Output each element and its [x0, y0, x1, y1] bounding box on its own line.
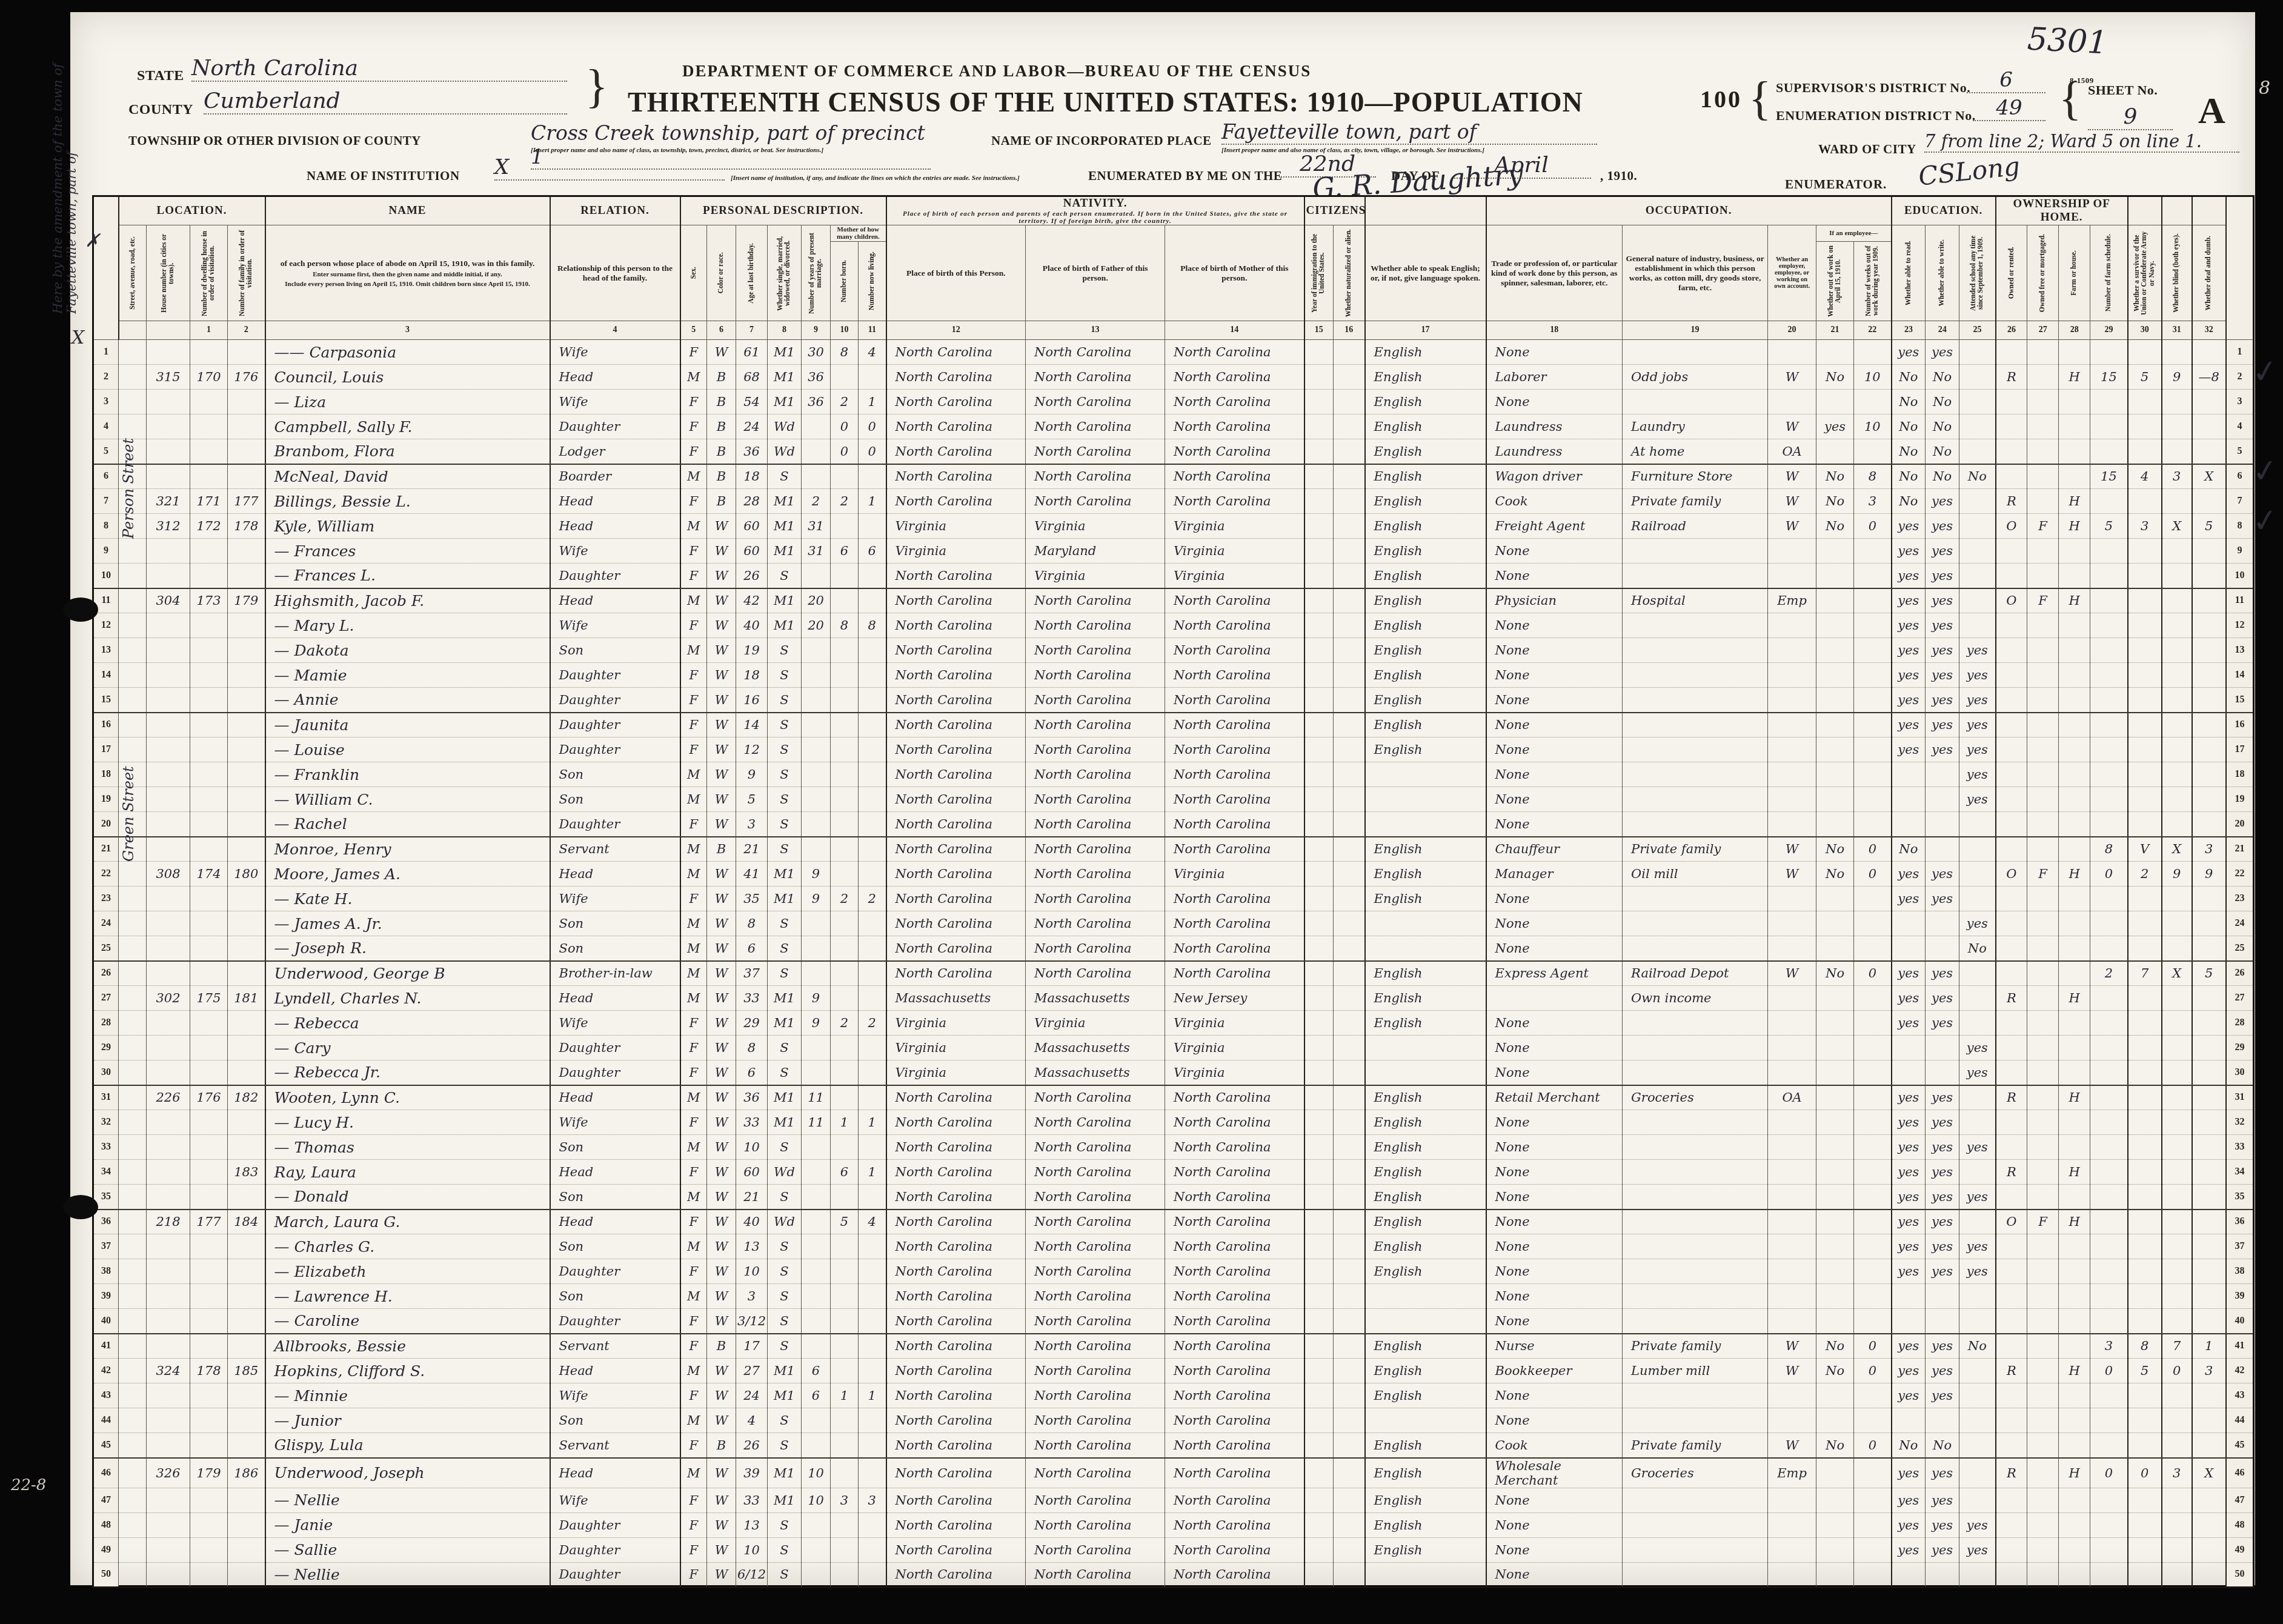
- cell-df: [2192, 1160, 2226, 1185]
- cell-bp: North Carolina: [886, 1334, 1026, 1359]
- cell-mar: S: [768, 1562, 802, 1587]
- cell-rln: 44: [2226, 1408, 2254, 1433]
- cell-rd: No: [1892, 439, 1926, 464]
- cell-sex: F: [680, 1011, 707, 1036]
- cell-sched: [2090, 340, 2128, 365]
- cell-df: [2192, 1488, 2226, 1513]
- cell-own: [1996, 887, 2027, 911]
- cell-trade: None: [1486, 340, 1623, 365]
- cell-color: B: [707, 1334, 736, 1359]
- cell-cl: [859, 514, 886, 539]
- cell-bpm: North Carolina: [1165, 1309, 1304, 1334]
- cell-age: 61: [736, 340, 768, 365]
- cell-name: — Frances L.: [265, 564, 550, 588]
- cell-rln: 29: [2226, 1036, 2254, 1060]
- column-header-wk: Number of weeks out of work during year …: [1854, 242, 1892, 321]
- census-row: 43— MinnieWifeFW24M1611North CarolinaNor…: [93, 1383, 2254, 1408]
- cell-eng: English: [1365, 638, 1486, 663]
- cell-vet: [2128, 787, 2162, 812]
- cell-color: W: [707, 862, 736, 887]
- cell-bp: North Carolina: [886, 911, 1026, 936]
- cell-imm: [1304, 1284, 1334, 1309]
- cell-sched: [2090, 1259, 2128, 1284]
- cell-wk: [1854, 1383, 1892, 1408]
- cell-fm: [2027, 1433, 2059, 1458]
- census-row: 6McNeal, DavidBoarderMB18SNorth Carolina…: [93, 464, 2254, 489]
- cell-house: [147, 390, 190, 414]
- cell-cb: [831, 1562, 859, 1587]
- cell-bpf: North Carolina: [1026, 1458, 1165, 1488]
- cell-cb: 3: [831, 1488, 859, 1513]
- cell-fam: 182: [228, 1085, 265, 1110]
- cell-cb: 8: [831, 613, 859, 638]
- department-line: DEPARTMENT OF COMMERCE AND LABOR—BUREAU …: [682, 62, 1311, 81]
- cell-age: 60: [736, 514, 768, 539]
- cell-emp: [1768, 762, 1816, 787]
- cell-rln: 18: [2226, 762, 2254, 787]
- cell-bl: [2162, 1383, 2192, 1408]
- cell-imm: [1304, 986, 1334, 1011]
- cell-fam: [228, 1408, 265, 1433]
- cell-bl: [2162, 539, 2192, 564]
- cell-bl: [2162, 1060, 2192, 1085]
- cell-wk: 0: [1854, 1433, 1892, 1458]
- cell-fh: H: [2059, 1210, 2090, 1234]
- cell-fm: [2027, 936, 2059, 961]
- cell-emp: W: [1768, 1433, 1816, 1458]
- census-row: 28— RebeccaWifeFW29M1922VirginiaVirginia…: [93, 1011, 2254, 1036]
- cell-ln: 6: [93, 464, 119, 489]
- cell-rd: yes: [1892, 713, 1926, 737]
- cell-fm: [2027, 1408, 2059, 1433]
- cell-yrs: [802, 787, 831, 812]
- column-header-bp: Place of birth of this Person.: [886, 225, 1026, 321]
- cell-sch: yes: [1959, 1135, 1996, 1160]
- cell-ln: 28: [93, 1011, 119, 1036]
- cell-own: [1996, 1234, 2027, 1259]
- cell-own: [1996, 1110, 2027, 1135]
- cell-wk: [1854, 390, 1892, 414]
- cell-ind: Lumber mill: [1623, 1359, 1768, 1383]
- census-row: 30— Rebecca Jr.DaughterFW6SVirginiaMassa…: [93, 1060, 2254, 1085]
- cell-bpm: Virginia: [1165, 1011, 1304, 1036]
- cell-own: [1996, 1259, 2027, 1284]
- cell-rln: 23: [2226, 887, 2254, 911]
- cell-bp: North Carolina: [886, 564, 1026, 588]
- cell-fh: [2059, 812, 2090, 837]
- cell-nat: [1334, 464, 1365, 489]
- cell-age: 5: [736, 787, 768, 812]
- cell-yrs: 6: [802, 1383, 831, 1408]
- cell-emp: [1768, 1185, 1816, 1210]
- cell-age: 41: [736, 862, 768, 887]
- cell-emp: [1768, 1259, 1816, 1284]
- cell-bl: [2162, 911, 2192, 936]
- cell-rel: Son: [550, 911, 680, 936]
- cell-bp: North Carolina: [886, 1210, 1026, 1234]
- cell-imm: [1304, 489, 1334, 514]
- cell-color: W: [707, 713, 736, 737]
- cell-fh: [2059, 737, 2090, 762]
- cell-mar: S: [768, 762, 802, 787]
- cell-wk: [1854, 1060, 1892, 1085]
- cell-nat: [1334, 1537, 1365, 1562]
- cell-street: [119, 1359, 147, 1383]
- cell-cl: 1: [859, 1383, 886, 1408]
- cell-sched: [2090, 1185, 2128, 1210]
- cell-imm: [1304, 812, 1334, 837]
- cell-dwell: [190, 539, 228, 564]
- cell-bpf: North Carolina: [1026, 663, 1165, 688]
- cell-wr: yes: [1926, 564, 1959, 588]
- cell-fm: [2027, 837, 2059, 862]
- cell-bpm: North Carolina: [1165, 390, 1304, 414]
- cell-fm: [2027, 1537, 2059, 1562]
- cell-emp: [1768, 887, 1816, 911]
- cell-mar: S: [768, 1135, 802, 1160]
- cell-imm: [1304, 961, 1334, 986]
- cell-cl: 3: [859, 1488, 886, 1513]
- cell-ow: [1816, 762, 1854, 787]
- handwritten-page-number: 5301: [2027, 21, 2109, 62]
- cell-nat: [1334, 663, 1365, 688]
- cell-sex: F: [680, 1562, 707, 1587]
- cell-wr: [1926, 762, 1959, 787]
- cell-mar: Wd: [768, 414, 802, 439]
- cell-eng: English: [1365, 414, 1486, 439]
- cell-bpm: North Carolina: [1165, 1334, 1304, 1359]
- cell-mar: Wd: [768, 439, 802, 464]
- cell-dwell: 177: [190, 1210, 228, 1234]
- cell-street: [119, 812, 147, 837]
- cell-nat: [1334, 539, 1365, 564]
- cell-sched: [2090, 936, 2128, 961]
- cell-bp: North Carolina: [886, 613, 1026, 638]
- column-header-fam: Number of family in order of visitation.: [228, 225, 265, 321]
- cell-rel: Daughter: [550, 1309, 680, 1334]
- cell-rel: Daughter: [550, 1537, 680, 1562]
- cell-emp: [1768, 812, 1816, 837]
- cell-ln: 15: [93, 688, 119, 713]
- cell-emp: [1768, 1383, 1816, 1408]
- cell-bpm: North Carolina: [1165, 1284, 1304, 1309]
- cell-cb: [831, 762, 859, 787]
- cell-nat: [1334, 812, 1365, 837]
- cell-sched: [2090, 762, 2128, 787]
- cell-fam: [228, 1562, 265, 1587]
- cell-sched: [2090, 986, 2128, 1011]
- group-header-citizenship-: CITIZENSHIP.: [1304, 196, 1365, 225]
- cell-bpm: North Carolina: [1165, 1488, 1304, 1513]
- cell-emp: [1768, 986, 1816, 1011]
- cell-fm: [2027, 489, 2059, 514]
- cell-color: W: [707, 1210, 736, 1234]
- cell-eng: [1365, 762, 1486, 787]
- cell-sched: [2090, 812, 2128, 837]
- cell-color: W: [707, 1383, 736, 1408]
- cell-rln: 4: [2226, 414, 2254, 439]
- cell-imm: [1304, 1160, 1334, 1185]
- cell-bpm: North Carolina: [1165, 1160, 1304, 1185]
- cell-bl: [2162, 1309, 2192, 1334]
- cell-age: 40: [736, 1210, 768, 1234]
- cell-bl: X: [2162, 961, 2192, 986]
- census-row: 10— Frances L.DaughterFW26SNorth Carolin…: [93, 564, 2254, 588]
- census-row: 38— ElizabethDaughterFW10SNorth Carolina…: [93, 1259, 2254, 1284]
- cell-sch: [1959, 1110, 1996, 1135]
- cell-fm: [2027, 1011, 2059, 1036]
- cell-df: [2192, 613, 2226, 638]
- group-header-bl: [2162, 196, 2192, 225]
- cell-bl: [2162, 1110, 2192, 1135]
- cell-fh: H: [2059, 862, 2090, 887]
- cell-fam: [228, 1334, 265, 1359]
- cell-df: [2192, 688, 2226, 713]
- cell-wk: [1854, 1160, 1892, 1185]
- cell-bpf: North Carolina: [1026, 1185, 1165, 1210]
- census-row: 16— JaunitaDaughterFW14SNorth CarolinaNo…: [93, 713, 2254, 737]
- cell-house: [147, 663, 190, 688]
- column-header-bpf: Place of birth of Father of this person.: [1026, 225, 1165, 321]
- cell-age: 60: [736, 539, 768, 564]
- cell-emp: [1768, 737, 1816, 762]
- cell-yrs: [802, 1513, 831, 1537]
- cell-ow: [1816, 986, 1854, 1011]
- cell-fam: 186: [228, 1458, 265, 1488]
- cell-color: W: [707, 588, 736, 613]
- cell-imm: [1304, 837, 1334, 862]
- cell-sex: F: [680, 1537, 707, 1562]
- census-row: 13— DakotaSonMW19SNorth CarolinaNorth Ca…: [93, 638, 2254, 663]
- cell-emp: [1768, 1135, 1816, 1160]
- cell-wr: yes: [1926, 1513, 1959, 1537]
- cell-bpf: North Carolina: [1026, 1309, 1165, 1334]
- cell-df: [2192, 1060, 2226, 1085]
- column-header-color: Color or race.: [707, 225, 736, 321]
- cell-sched: [2090, 414, 2128, 439]
- cell-cb: [831, 1036, 859, 1060]
- cell-rd: yes: [1892, 1488, 1926, 1513]
- cell-fam: [228, 887, 265, 911]
- cell-fam: [228, 1234, 265, 1259]
- cell-dwell: [190, 464, 228, 489]
- cell-emp: W: [1768, 961, 1816, 986]
- cell-age: 39: [736, 1458, 768, 1488]
- cell-nat: [1334, 936, 1365, 961]
- cell-bpf: North Carolina: [1026, 1210, 1165, 1234]
- cell-df: 3: [2192, 837, 2226, 862]
- cell-bpf: North Carolina: [1026, 1488, 1165, 1513]
- cell-trade: None: [1486, 1036, 1623, 1060]
- column-header-sch: Attended school any time since September…: [1959, 225, 1996, 321]
- cell-bp: North Carolina: [886, 688, 1026, 713]
- cell-color: W: [707, 564, 736, 588]
- cell-sex: F: [680, 613, 707, 638]
- cell-cl: 1: [859, 1160, 886, 1185]
- cell-ln: 32: [93, 1110, 119, 1135]
- cell-ln: 17: [93, 737, 119, 762]
- cell-cb: 8: [831, 340, 859, 365]
- cell-trade: None: [1486, 812, 1623, 837]
- cell-wk: [1854, 340, 1892, 365]
- cell-fam: 180: [228, 862, 265, 887]
- cell-yrs: [802, 837, 831, 862]
- cell-eng: [1365, 1408, 1486, 1433]
- census-row: 11304173179Highsmith, Jacob F.HeadMW42M1…: [93, 588, 2254, 613]
- cell-sex: M: [680, 365, 707, 390]
- cell-ind: [1623, 539, 1768, 564]
- cell-bpm: North Carolina: [1165, 812, 1304, 837]
- cell-sex: M: [680, 936, 707, 961]
- cell-sch: yes: [1959, 1060, 1996, 1085]
- cell-ln: 47: [93, 1488, 119, 1513]
- cell-sex: M: [680, 986, 707, 1011]
- cell-wr: yes: [1926, 1537, 1959, 1562]
- cell-bp: North Carolina: [886, 390, 1026, 414]
- cell-fh: [2059, 1110, 2090, 1135]
- group-header-vet: [2128, 196, 2162, 225]
- cell-rd: yes: [1892, 638, 1926, 663]
- cell-bpm: North Carolina: [1165, 787, 1304, 812]
- cell-color: W: [707, 1513, 736, 1537]
- cell-cl: 0: [859, 414, 886, 439]
- cell-vet: 5: [2128, 365, 2162, 390]
- cell-rln: 34: [2226, 1160, 2254, 1185]
- cell-imm: [1304, 663, 1334, 688]
- cell-wr: [1926, 1036, 1959, 1060]
- cell-bl: [2162, 1408, 2192, 1433]
- right-edge-mark: 8: [2259, 78, 2270, 99]
- cell-fh: [2059, 340, 2090, 365]
- cell-imm: [1304, 1234, 1334, 1259]
- cell-nat: [1334, 439, 1365, 464]
- cell-street: [119, 1011, 147, 1036]
- cell-ow: [1816, 1234, 1854, 1259]
- cell-rel: Servant: [550, 1334, 680, 1359]
- cell-bp: North Carolina: [886, 464, 1026, 489]
- cell-bp: Massachusetts: [886, 986, 1026, 1011]
- cell-ln: 12: [93, 613, 119, 638]
- cell-yrs: 31: [802, 514, 831, 539]
- cell-bl: [2162, 737, 2192, 762]
- cell-df: [2192, 390, 2226, 414]
- cell-color: W: [707, 1408, 736, 1433]
- cell-sch: [1959, 1085, 1996, 1110]
- cell-rel: Wife: [550, 887, 680, 911]
- cell-rln: 7: [2226, 489, 2254, 514]
- cell-name: Allbrooks, Bessie: [265, 1334, 550, 1359]
- cell-cb: 1: [831, 1383, 859, 1408]
- column-header-eng: Whether able to speak English; or, if no…: [1365, 225, 1486, 321]
- cell-df: [2192, 713, 2226, 737]
- census-row: 46326179186Underwood, JosephHeadMW39M110…: [93, 1458, 2254, 1488]
- cell-fam: [228, 613, 265, 638]
- cell-bpm: North Carolina: [1165, 1537, 1304, 1562]
- cell-yrs: [802, 936, 831, 961]
- cell-ln: 45: [93, 1433, 119, 1458]
- cell-own: [1996, 713, 2027, 737]
- cell-bpm: North Carolina: [1165, 464, 1304, 489]
- cell-wr: [1926, 837, 1959, 862]
- cell-eng: English: [1365, 464, 1486, 489]
- cell-wk: [1854, 1537, 1892, 1562]
- cell-dwell: [190, 1060, 228, 1085]
- cell-sched: 0: [2090, 1359, 2128, 1383]
- cell-cl: 2: [859, 887, 886, 911]
- cell-sex: M: [680, 1458, 707, 1488]
- cell-bp: North Carolina: [886, 489, 1026, 514]
- cell-ow: No: [1816, 514, 1854, 539]
- cell-house: [147, 1259, 190, 1284]
- cell-nat: [1334, 1334, 1365, 1359]
- census-row: 34183Ray, LauraHeadFW60Wd61North Carolin…: [93, 1160, 2254, 1185]
- cell-rln: 5: [2226, 439, 2254, 464]
- cell-street: [119, 564, 147, 588]
- cell-wr: yes: [1926, 340, 1959, 365]
- cell-ow: No: [1816, 464, 1854, 489]
- cell-wk: [1854, 812, 1892, 837]
- cell-eng: English: [1365, 1135, 1486, 1160]
- cell-ind: [1623, 1383, 1768, 1408]
- cell-cb: [831, 638, 859, 663]
- cell-trade: None: [1486, 1160, 1623, 1185]
- cell-mar: M1: [768, 365, 802, 390]
- cell-trade: None: [1486, 1309, 1623, 1334]
- cell-fm: [2027, 713, 2059, 737]
- cell-cl: [859, 1259, 886, 1284]
- cell-own: [1996, 911, 2027, 936]
- cell-sch: [1959, 414, 1996, 439]
- column-header-df: Whether deaf and dumb.: [2192, 225, 2226, 321]
- cell-own: [1996, 812, 2027, 837]
- cell-street: [119, 340, 147, 365]
- cell-name: Highsmith, Jacob F.: [265, 588, 550, 613]
- census-row: 45Glispy, LulaServantFB26SNorth Carolina…: [93, 1433, 2254, 1458]
- cell-vet: [2128, 663, 2162, 688]
- cell-ind: [1623, 340, 1768, 365]
- cell-own: [1996, 961, 2027, 986]
- cell-trade: Laundress: [1486, 439, 1623, 464]
- cell-rln: 17: [2226, 737, 2254, 762]
- cell-eng: English: [1365, 613, 1486, 638]
- cell-wk: [1854, 688, 1892, 713]
- cell-fh: [2059, 887, 2090, 911]
- cell-emp: [1768, 638, 1816, 663]
- cell-wr: yes: [1926, 588, 1959, 613]
- cell-sex: M: [680, 1359, 707, 1383]
- cell-street: [119, 1135, 147, 1160]
- cell-imm: [1304, 1537, 1334, 1562]
- cell-rd: yes: [1892, 340, 1926, 365]
- cell-house: 324: [147, 1359, 190, 1383]
- cell-mar: S: [768, 837, 802, 862]
- cell-mar: S: [768, 1334, 802, 1359]
- cell-cl: [859, 1513, 886, 1537]
- cell-rd: No: [1892, 414, 1926, 439]
- cell-eng: [1365, 1562, 1486, 1587]
- cell-emp: [1768, 390, 1816, 414]
- cell-sch: No: [1959, 936, 1996, 961]
- cell-eng: English: [1365, 713, 1486, 737]
- group-header-occupation-: OCCUPATION.: [1486, 196, 1892, 225]
- cell-cb: [831, 936, 859, 961]
- cell-eng: English: [1365, 837, 1486, 862]
- cell-mar: Wd: [768, 1210, 802, 1234]
- cell-rln: 16: [2226, 713, 2254, 737]
- cell-fm: [2027, 365, 2059, 390]
- cell-nat: [1334, 365, 1365, 390]
- census-row: 42324178185Hopkins, Clifford S.HeadMW27M…: [93, 1359, 2254, 1383]
